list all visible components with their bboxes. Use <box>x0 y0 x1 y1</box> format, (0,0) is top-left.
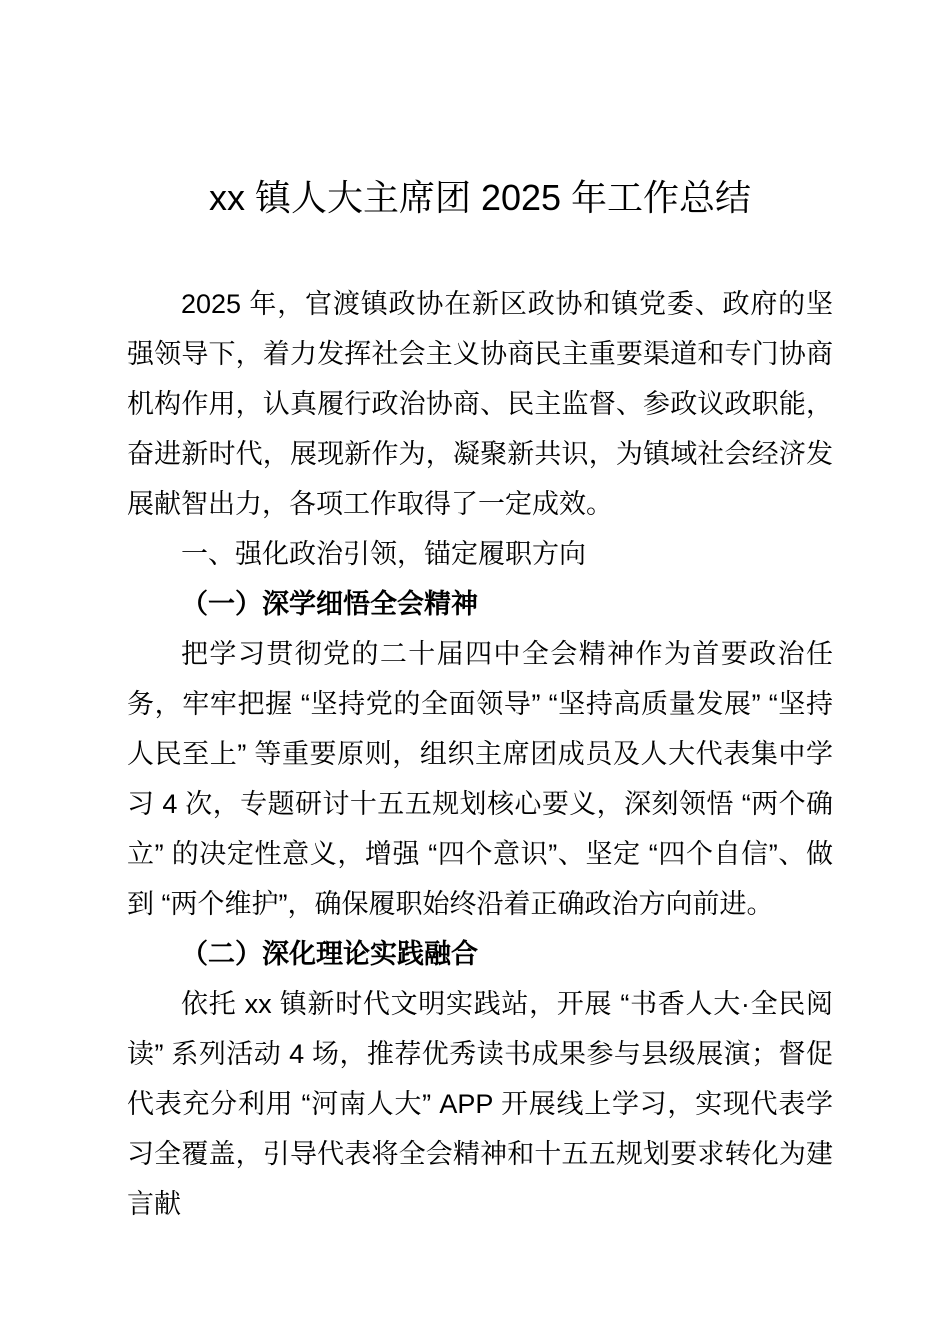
paragraph: 2025 年，官渡镇政协在新区政协和镇党委、政府的坚强领导下，着力发挥社会主义协… <box>127 279 833 529</box>
subsection-heading: （一）深学细悟全会精神 <box>127 579 833 629</box>
subsection-heading: （二）深化理论实践融合 <box>127 929 833 979</box>
document-body: 2025 年，官渡镇政协在新区政协和镇党委、政府的坚强领导下，着力发挥社会主义协… <box>127 279 833 1229</box>
section-heading: 一、强化政治引领，锚定履职方向 <box>127 529 833 579</box>
document-title: xx 镇人大主席团 2025 年工作总结 <box>127 170 833 225</box>
paragraph: 把学习贯彻党的二十届四中全会精神作为首要政治任务，牢牢把握 “坚持党的全面领导”… <box>127 629 833 929</box>
document-page: xx 镇人大主席团 2025 年工作总结 2025 年，官渡镇政协在新区政协和镇… <box>0 0 950 1344</box>
paragraph: 依托 xx 镇新时代文明实践站，开展 “书香人大·全民阅读” 系列活动 4 场，… <box>127 979 833 1229</box>
